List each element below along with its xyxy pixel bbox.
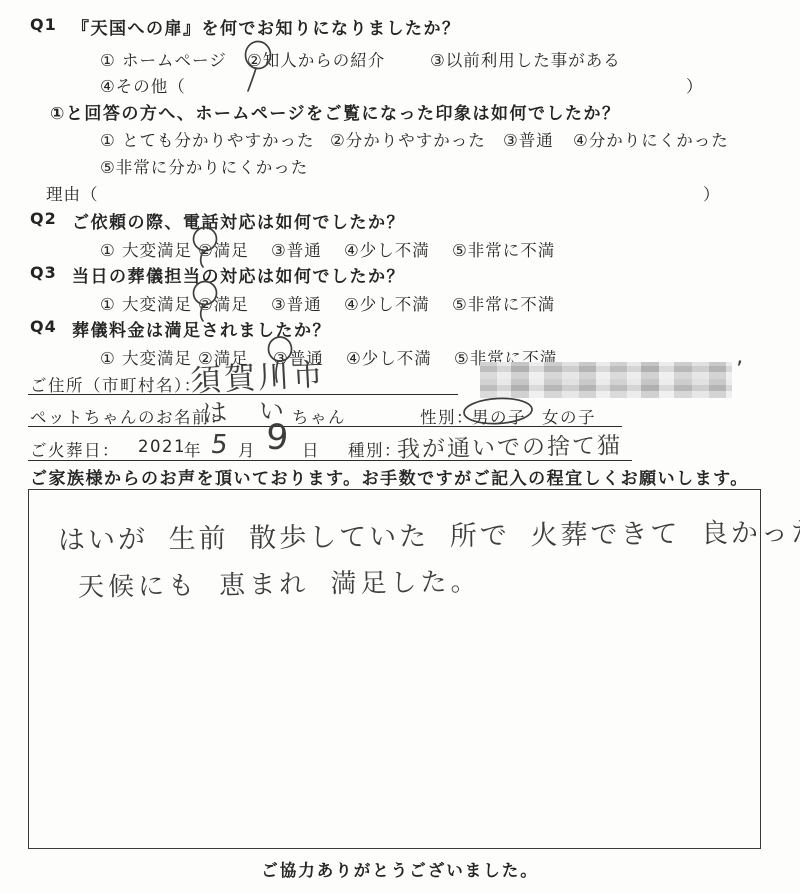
q3-option-3: ③普通 xyxy=(271,291,322,315)
reason-close-paren: ） xyxy=(703,181,721,205)
q2-answer-circle xyxy=(190,226,226,270)
q2-option-5: ⑤非常に不満 xyxy=(452,237,555,261)
q1-answer-circle xyxy=(241,39,281,95)
q1-sub-option-5: ⑤非常に分かりにくかった xyxy=(100,154,308,178)
comment-handwritten-line1: はいが 生前 散歩していた 所で 火葬できて 良かった、 xyxy=(58,510,800,557)
reason-label: 理由（ xyxy=(46,181,99,205)
q4-answer-circle xyxy=(266,336,302,386)
q2-option-4: ④少し不満 xyxy=(344,237,430,261)
gender-answer-circle xyxy=(460,396,536,428)
cremation-date-label: ご火葬日： xyxy=(30,437,120,461)
q1-question: 『天国への扉』を何でお知りになりましたか？ xyxy=(72,14,461,39)
q1-sub-question: ①と回答の方へ、ホームページをご覧になった印象は如何でしたか？ xyxy=(50,99,621,124)
q1-sub-option-4: ④分かりにくかった xyxy=(573,127,729,151)
q1-option-other: ④その他（ xyxy=(100,73,186,97)
q3-option-1: ① 大変満足 xyxy=(100,291,192,315)
comment-handwritten-line2: 天候にも 恵まれ 満足した。 xyxy=(78,561,481,604)
q1-option-used-before: ③以前利用した事がある xyxy=(430,47,621,71)
q2-label: Q2 xyxy=(30,209,57,228)
pet-name-label: ペットちゃんのお名前： xyxy=(30,404,228,428)
q3-label: Q3 xyxy=(30,263,57,282)
q1-sub-option-3: ③普通 xyxy=(503,127,554,151)
year-unit: 年 xyxy=(184,437,202,461)
pet-name-suffix: ちゃん xyxy=(292,404,346,428)
q3-answer-circle xyxy=(190,280,226,324)
survey-form-scan: Q1 『天国への扉』を何でお知りになりましたか？ ① ホームページ ②知人からの… xyxy=(0,0,800,893)
day-handwritten-value: 9 xyxy=(265,417,290,458)
gender-option-female: 女の子 xyxy=(542,404,596,428)
q1-option-homepage: ① ホームページ xyxy=(100,47,227,71)
q2-option-3: ③普通 xyxy=(271,237,322,261)
q2-question: ご依頼の際、電話対応は如何でしたか？ xyxy=(72,208,405,233)
month-unit: 月 xyxy=(238,437,256,461)
address-redaction-block xyxy=(480,362,732,398)
day-unit: 日 xyxy=(302,437,320,461)
comment-prompt: ご家族様からのお声を頂いております。お手数ですがご記入の程宜しくお願いします。 xyxy=(30,464,749,489)
species-handwritten-value: 我が通いでの捨て猫 xyxy=(397,427,623,464)
q1-label: Q1 xyxy=(30,15,57,34)
q4-label: Q4 xyxy=(30,317,57,336)
q1-option-other-close-paren: ） xyxy=(686,73,704,97)
q2-option-1: ① 大変満足 xyxy=(100,237,192,261)
species-label: 種別： xyxy=(348,437,402,461)
q3-option-4: ④少し不満 xyxy=(344,291,430,315)
q1-sub-option-2: ②分かりやすかった xyxy=(330,127,486,151)
footer-thanks: ご協力ありがとうございました。 xyxy=(0,857,800,881)
q3-option-5: ⑤非常に不満 xyxy=(452,291,555,315)
q3-question: 当日の葬儀担当の対応は如何でしたか？ xyxy=(72,262,405,287)
address-pen-tick: ’ xyxy=(736,358,743,383)
address-label: ご住所（市町村名）： xyxy=(30,372,202,396)
q1-sub-option-1: ① とても分かりやすかった xyxy=(100,127,315,151)
year-value: 2021 xyxy=(138,437,186,456)
